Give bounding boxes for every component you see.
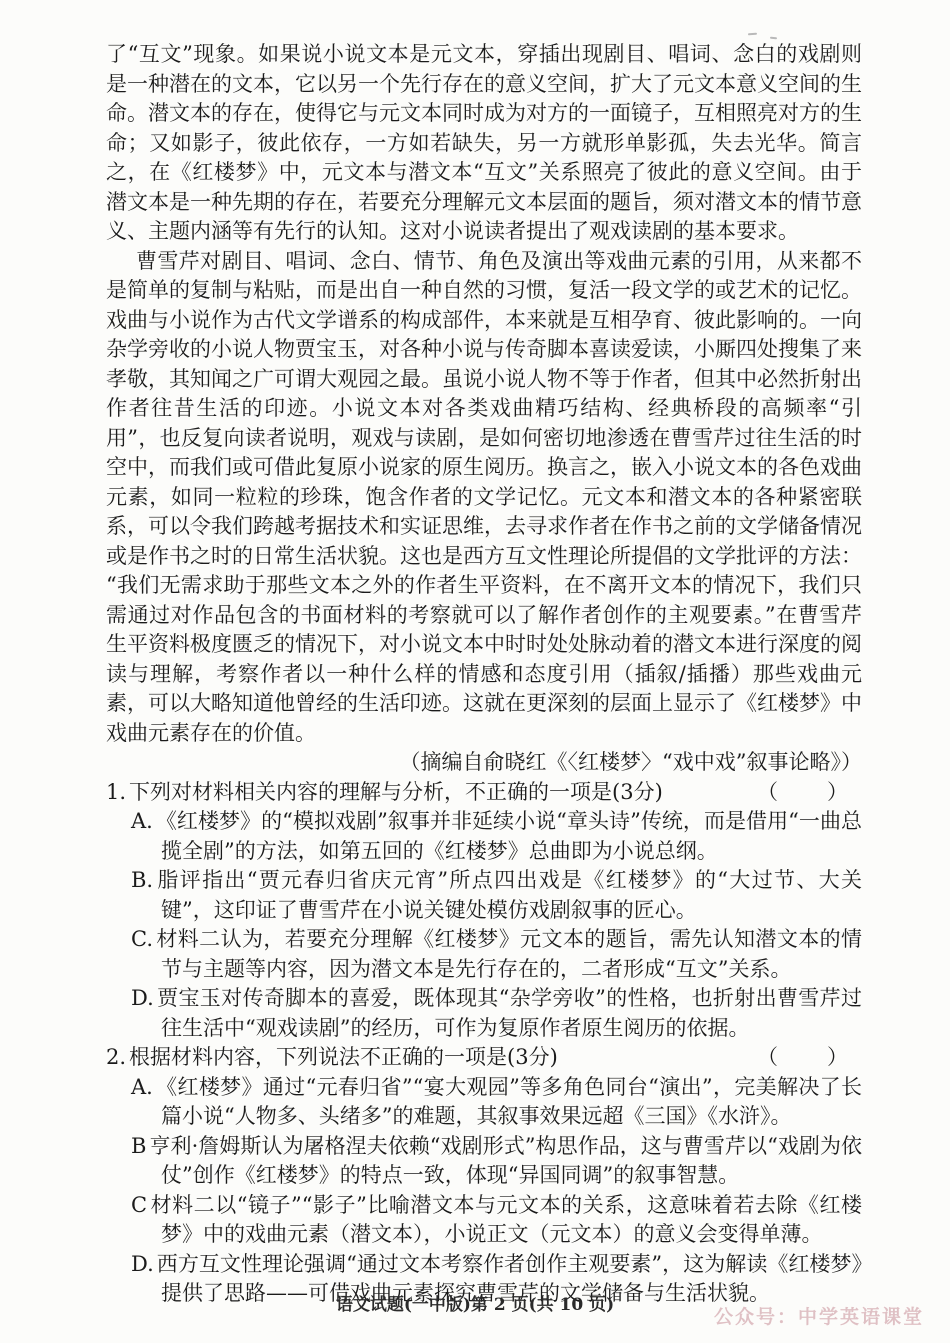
question-1-option-b: B.脂评指出“贾元春归省庆元宵”所点四出戏是《红楼梦》的“大过节、大关键”，这印… — [106, 866, 862, 925]
question-1-option-d: D.贾宝玉对传奇脚本的喜爱，既体现其“杂学旁收”的性格，也折射出曹雪芹过往生活中… — [106, 984, 862, 1043]
option-text: 亨利·詹姆斯认为屠格涅夫依赖“戏剧形式”构思作品，这与曹雪芹以“戏剧为依仗”创作… — [149, 1134, 862, 1188]
option-label: D. — [131, 986, 154, 1010]
watermark: 公众号：中学英语课堂 — [714, 1302, 924, 1329]
option-text: 《红楼梦》通过“元春归省”“宴大观园”等多角色同台“演出”，完美解决了长篇小说“… — [156, 1075, 862, 1129]
scan-artifact — [748, 33, 757, 36]
question-1-stem: （ ） 1.下列对材料相关内容的理解与分析，不正确的一项是(3分) — [106, 778, 862, 808]
question-stem-text: 根据材料内容，下列说法不正确的一项是(3分) — [129, 1045, 558, 1069]
question-1: （ ） 1.下列对材料相关内容的理解与分析，不正确的一项是(3分) A.《红楼梦… — [106, 778, 862, 1044]
page-content: 了“互文”现象。如果说小说文本是元文本，穿插出现剧目、唱词、念白的戏剧则是一种潜… — [106, 40, 862, 1309]
paragraph-continuation: 了“互文”现象。如果说小说文本是元文本，穿插出现剧目、唱词、念白的戏剧则是一种潜… — [106, 40, 862, 247]
option-text: 脂评指出“贾元春归省庆元宵”所点四出戏是《红楼梦》的“大过节、大关键”，这印证了… — [156, 868, 862, 922]
option-text: 材料二认为，若要充分理解《红楼梦》元文本的题旨，需先认知潜文本的情节与主题等内容… — [156, 927, 862, 981]
exam-page: 了“互文”现象。如果说小说文本是元文本，穿插出现剧目、唱词、念白的戏剧则是一种潜… — [0, 0, 950, 1343]
option-label: D. — [131, 1252, 154, 1276]
question-2: （ ） 2.根据材料内容，下列说法不正确的一项是(3分) A.《红楼梦》通过“元… — [106, 1043, 862, 1309]
question-number: 1. — [106, 780, 126, 804]
source-attribution: （摘编自俞晓红《〈红楼梦〉“戏中戏”叙事论略》） — [106, 748, 862, 778]
question-2-option-a: A.《红楼梦》通过“元春归省”“宴大观园”等多角色同台“演出”，完美解决了长篇小… — [106, 1073, 862, 1132]
question-stem-text: 下列对材料相关内容的理解与分析，不正确的一项是(3分) — [129, 780, 663, 804]
option-label: C. — [131, 927, 153, 951]
option-label: C — [131, 1193, 147, 1217]
answer-bracket: （ ） — [757, 778, 862, 808]
question-1-option-a: A.《红楼梦》的“模拟戏剧”叙事并非延续小说“章头诗”传统，而是借用“一曲总揽全… — [106, 807, 862, 866]
option-label: B. — [131, 868, 153, 892]
option-label: B — [131, 1134, 146, 1158]
question-number: 2. — [106, 1045, 126, 1069]
option-text: 材料二以“镜子”“影子”比喻潜文本与元文本的关系，这意味着若去除《红楼梦》中的戏… — [150, 1193, 862, 1247]
scan-artifact — [770, 37, 777, 40]
option-label: A. — [131, 809, 153, 833]
question-2-option-c: C材料二以“镜子”“影子”比喻潜文本与元文本的关系，这意味着若去除《红楼梦》中的… — [106, 1191, 862, 1250]
question-1-option-c: C.材料二认为，若要充分理解《红楼梦》元文本的题旨，需先认知潜文本的情节与主题等… — [106, 925, 862, 984]
question-2-option-b: B亨利·詹姆斯认为屠格涅夫依赖“戏剧形式”构思作品，这与曹雪芹以“戏剧为依仗”创… — [106, 1132, 862, 1191]
answer-bracket: （ ） — [757, 1043, 862, 1073]
option-text: 《红楼梦》的“模拟戏剧”叙事并非延续小说“章头诗”传统，而是借用“一曲总揽全剧”… — [156, 809, 862, 863]
paragraph-material: 曹雪芹对剧目、唱词、念白、情节、角色及演出等戏曲元素的引用，从来都不是简单的复制… — [106, 247, 862, 749]
option-label: A. — [131, 1075, 153, 1099]
option-text: 贾宝玉对传奇脚本的喜爱，既体现其“杂学旁收”的性格，也折射出曹雪芹过往生活中“观… — [157, 986, 862, 1040]
question-2-stem: （ ） 2.根据材料内容，下列说法不正确的一项是(3分) — [106, 1043, 862, 1073]
